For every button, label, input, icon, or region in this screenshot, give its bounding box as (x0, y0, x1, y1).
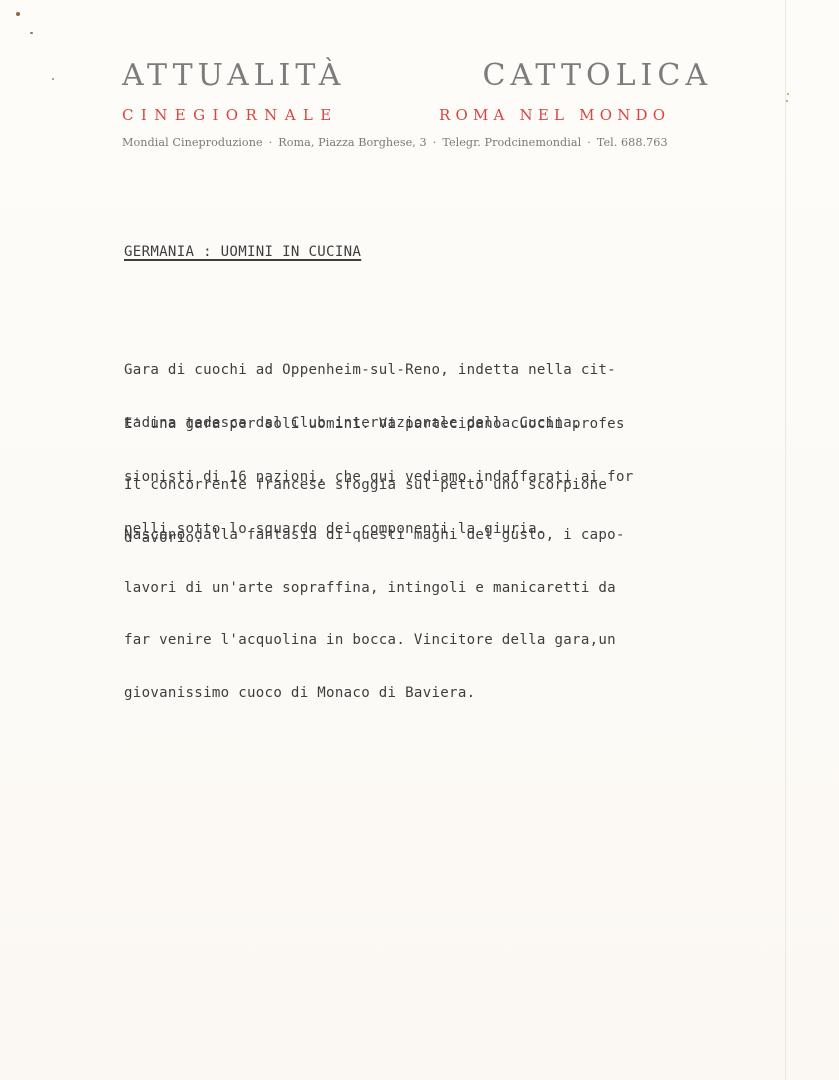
letterhead-subtitle: CINEGIORNALE ROMA NEL MONDO (122, 104, 712, 126)
text-line: lavori di un'arte sopraffina, intingoli … (124, 580, 625, 598)
address-phone: Tel. 688.763 (597, 136, 668, 149)
letterhead-title: ATTUALITÀ CATTOLICA (122, 56, 712, 96)
document-page: ATTUALITÀ CATTOLICA CINEGIORNALE ROMA NE… (0, 0, 839, 1080)
address-company: Mondial Cineproduzione (122, 136, 263, 149)
letterhead-address: Mondial Cineproduzione·Roma, Piazza Borg… (122, 136, 712, 149)
page-edge-line (785, 0, 786, 1080)
letterhead-title-left: ATTUALITÀ (122, 56, 412, 96)
paper-speck (30, 32, 33, 34)
letterhead-subtitle-left: CINEGIORNALE (122, 104, 439, 126)
paper-speck (787, 93, 789, 95)
paper-speck (52, 78, 54, 80)
paper-speck (786, 100, 788, 102)
paper-speck (16, 12, 20, 16)
paragraph-4: Nascono dalla fantasia di questi maghi d… (124, 492, 625, 737)
text-line: far venire l'acquolina in bocca. Vincito… (124, 632, 625, 650)
address-telegram: Telegr. Prodcinemondial (442, 136, 581, 149)
address-separator: · (269, 136, 273, 149)
letterhead-subtitle-right: ROMA NEL MONDO (439, 104, 670, 126)
text-line: giovanissimo cuoco di Monaco di Baviera. (124, 685, 625, 703)
text-line: Nascono dalla fantasia di questi maghi d… (124, 527, 625, 545)
address-street: Roma, Piazza Borghese, 3 (278, 136, 426, 149)
address-separator: · (433, 136, 437, 149)
letterhead: ATTUALITÀ CATTOLICA CINEGIORNALE ROMA NE… (122, 56, 712, 149)
document-heading: GERMANIA : UOMINI IN CUCINA (124, 244, 361, 262)
text-line: Gara di cuochi ad Oppenheim-sul-Reno, in… (124, 362, 616, 380)
address-separator: · (587, 136, 591, 149)
text-line: E' una gara per soli uomini. Vi partecip… (124, 416, 634, 434)
letterhead-title-right: CATTOLICA (482, 56, 712, 96)
